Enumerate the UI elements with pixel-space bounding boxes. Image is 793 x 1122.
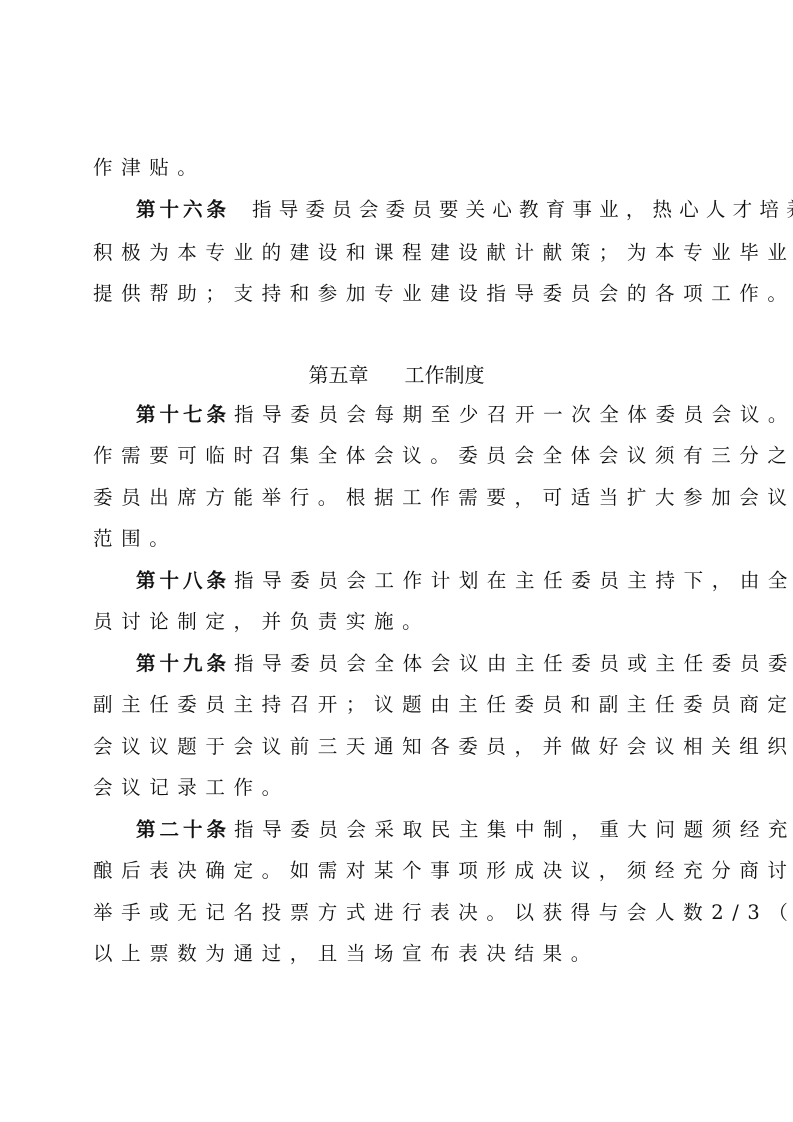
- article-16-line-3: 提供帮助；支持和参加专业建设指导委员会的各项工作。: [93, 281, 693, 307]
- article-17-line-3: 委员出席方能举行。根据工作需要，可适当扩大参加会议的人员: [93, 485, 693, 511]
- article-20-line-2: 酿后表决确定。如需对某个事项形成决议，须经充分商讨后采用: [93, 858, 693, 884]
- document-page: 作津贴。 第十六条指导委员会委员要关心教育事业，热心人才培养； 积极为本专业的建…: [0, 0, 793, 1122]
- article-17-label: 第十七条: [136, 403, 230, 426]
- article-19-line-3: 会议议题于会议前三天通知各委员，并做好会议相关组织准备和: [93, 734, 693, 760]
- article-17-line-2: 作需要可临时召集全体会议。委员会全体会议须有三分之二以上: [93, 443, 693, 469]
- article-20-line-4: 以上票数为通过，且当场宣布表决结果。: [93, 941, 693, 967]
- article-18-line-2: 员讨论制定，并负责实施。: [93, 609, 693, 635]
- article-20-line-1: 第二十条指导委员会采取民主集中制，重大问题须经充分酝: [136, 817, 736, 843]
- article-17-line-1: 第十七条指导委员会每期至少召开一次全体委员会议。因工: [136, 402, 736, 428]
- article-19-line-1: 第十九条指导委员会全体会议由主任委员或主任委员委托: [136, 651, 736, 677]
- article-19-label: 第十九条: [136, 652, 230, 675]
- chapter-title: 工作制度: [405, 363, 485, 387]
- article-17-line-4: 范围。: [93, 526, 693, 552]
- chapter-number: 第五章: [309, 363, 369, 387]
- chapter-heading: 第五章工作制度: [0, 362, 793, 388]
- article-16-line-1: 第十六条指导委员会委员要关心教育事业，热心人才培养；: [136, 197, 736, 223]
- article-19-line-4: 会议记录工作。: [93, 775, 693, 801]
- article-20-line-3: 举手或无记名投票方式进行表决。以获得与会人数2/3（含2/3）: [93, 900, 693, 926]
- article-20-label: 第二十条: [136, 818, 230, 841]
- article-19-line-2: 副主任委员主持召开；议题由主任委员和副主任委员商定，并将: [93, 692, 693, 718]
- article-16-label: 第十六条: [136, 198, 230, 221]
- article-18-label: 第十八条: [136, 569, 230, 592]
- article-16-line-2: 积极为本专业的建设和课程建设献计献策；为本专业毕业生就业: [93, 240, 693, 266]
- paragraph-continuation: 作津贴。: [93, 155, 693, 181]
- article-18-line-1: 第十八条指导委员会工作计划在主任委员主持下，由全体委: [136, 568, 736, 594]
